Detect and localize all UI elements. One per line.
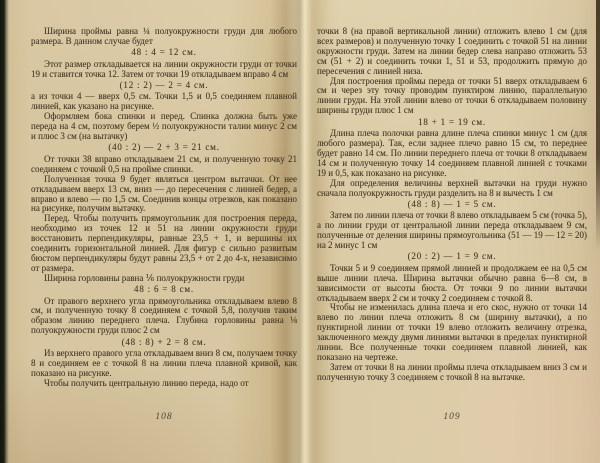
paragraph: От правого верхнего угла прямоугольника …	[31, 297, 297, 337]
paragraph: а из точки 4 — вверх 0,5 см. Точки 1,5 и…	[31, 92, 297, 112]
paragraph: Затем по линии плеча от точки 8 влево от…	[317, 211, 587, 251]
paragraph: Точки 5 и 9 соединяем прямой линией и пр…	[317, 264, 587, 304]
paragraph: Затем от точки 8 на линии проймы плеча о…	[317, 363, 587, 383]
paragraph: Длина плеча полочки равна длине плеча сп…	[317, 129, 587, 179]
paragraph: Ширина проймы равна ¼ полуокружности гру…	[31, 27, 297, 47]
paragraph: Перед. Чтобы получить прямоугольник для …	[31, 214, 297, 273]
paragraph: точки 8 (на правой вертикальной линии) о…	[317, 27, 587, 77]
paragraph: Чтобы не изменилась длина плеча и его ск…	[317, 303, 587, 362]
page-number-left: 108	[31, 412, 297, 424]
formula: 48 : 6 = 8 см.	[31, 284, 297, 297]
paragraph: Полученная точка 9 будет являться центро…	[31, 175, 297, 215]
paragraph: Ширина горловины равна ⅙ полуокружности …	[31, 274, 297, 284]
formula: (40 : 2) — 2 + 3 = 21 см.	[31, 142, 297, 155]
left-page: Ширина проймы равна ¼ полуокружности гру…	[31, 27, 297, 415]
paragraph: Из верхнего правого угла откладываем вни…	[31, 349, 297, 379]
paragraph: Оформляем бока спинки и перед. Спинка до…	[31, 112, 297, 142]
book-edge-left	[0, 0, 9, 463]
page-number-right: 109	[317, 412, 587, 424]
paragraph: Этот размер откладывается на линии окруж…	[31, 60, 297, 80]
paragraph: Чтобы получить центральную линию переда,…	[31, 379, 297, 389]
book-edge-right	[596, 0, 600, 250]
formula: (20 : 2) — 1 = 9 см.	[317, 251, 587, 264]
paragraph: Для определения величины верхней вытачки…	[317, 179, 587, 199]
paragraph: Для построения проймы переда от точки 51…	[317, 77, 587, 117]
book-scan: Ширина проймы равна ¼ полуокружности гру…	[0, 0, 600, 463]
formula: 48 : 4 = 12 см.	[31, 47, 297, 60]
paragraph: От точки 38 вправо откладываем 21 см, и …	[31, 155, 297, 175]
right-page: точки 8 (на правой вертикальной линии) о…	[317, 27, 587, 415]
